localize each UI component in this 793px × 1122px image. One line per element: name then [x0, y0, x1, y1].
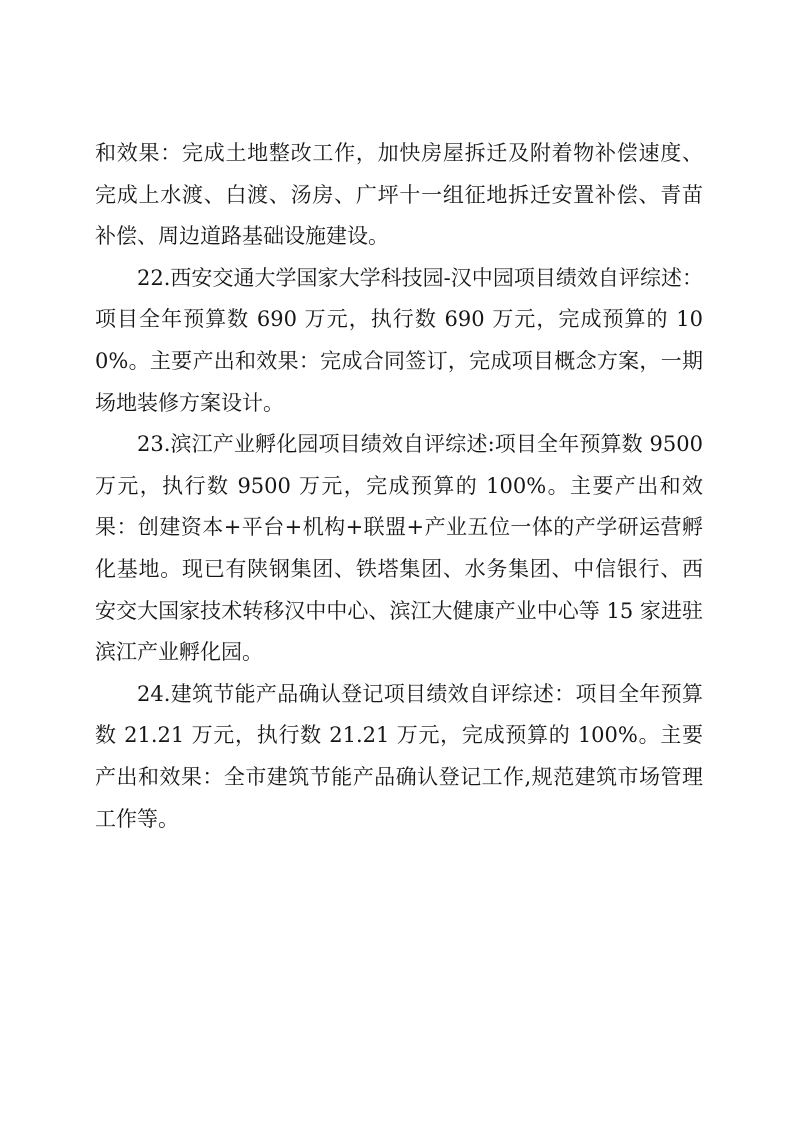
paragraph-item-23: 23.滨江产业孵化园项目绩效自评综述:项目全年预算数 9500 万元，执行数 9…	[95, 424, 703, 674]
paragraph-item-24: 24.建筑节能产品确认登记项目绩效自评综述：项目全年预算数 21.21 万元，执…	[95, 674, 703, 840]
paragraph-continuation: 和效果：完成土地整改工作，加快房屋拆迁及附着物补偿速度、完成上水渡、白渡、汤房、…	[95, 133, 703, 258]
paragraph-item-22: 22.西安交通大学国家大学科技园-汉中园项目绩效自评综述：项目全年预算数 690…	[95, 258, 703, 424]
document-page: 和效果：完成土地整改工作，加快房屋拆迁及附着物补偿速度、完成上水渡、白渡、汤房、…	[0, 0, 793, 1122]
